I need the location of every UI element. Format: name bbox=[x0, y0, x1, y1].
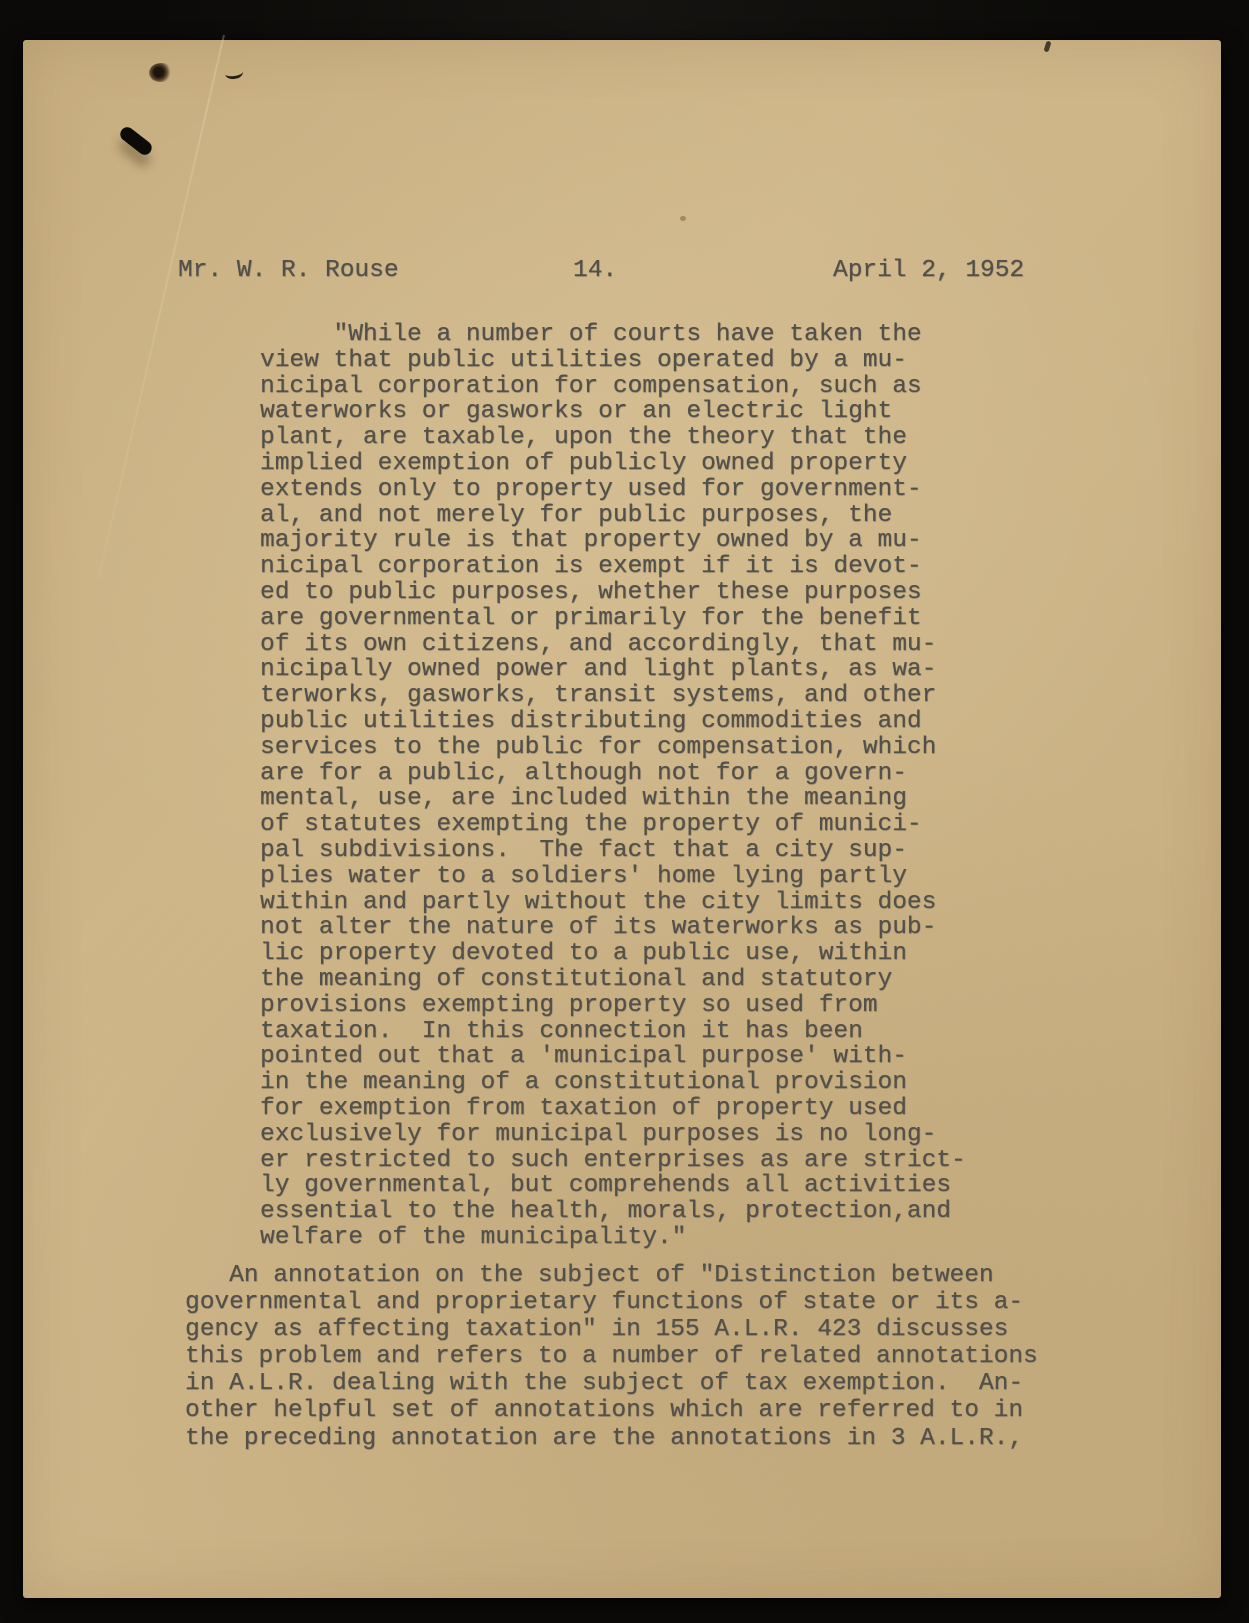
document-page: Mr. W. R. Rouse 14. April 2, 1952 "While… bbox=[23, 40, 1221, 1598]
scan-background: Mr. W. R. Rouse 14. April 2, 1952 "While… bbox=[0, 0, 1249, 1623]
staple-hole-icon bbox=[149, 63, 172, 82]
staple-mark-icon bbox=[224, 66, 243, 80]
page-number: 14. bbox=[573, 257, 617, 284]
document-date: April 2, 1952 bbox=[833, 257, 1024, 284]
block-quote: "While a number of courts have taken the… bbox=[260, 322, 966, 1251]
punch-mark-icon bbox=[118, 124, 155, 157]
paper-fleck-icon bbox=[680, 216, 686, 221]
page-header: Mr. W. R. Rouse 14. April 2, 1952 bbox=[23, 257, 1221, 289]
closing-paragraph: An annotation on the subject of "Distinc… bbox=[185, 1262, 1038, 1452]
paper-crease bbox=[97, 35, 225, 581]
ink-speck-icon bbox=[1043, 40, 1051, 52]
recipient-name: Mr. W. R. Rouse bbox=[178, 257, 399, 284]
